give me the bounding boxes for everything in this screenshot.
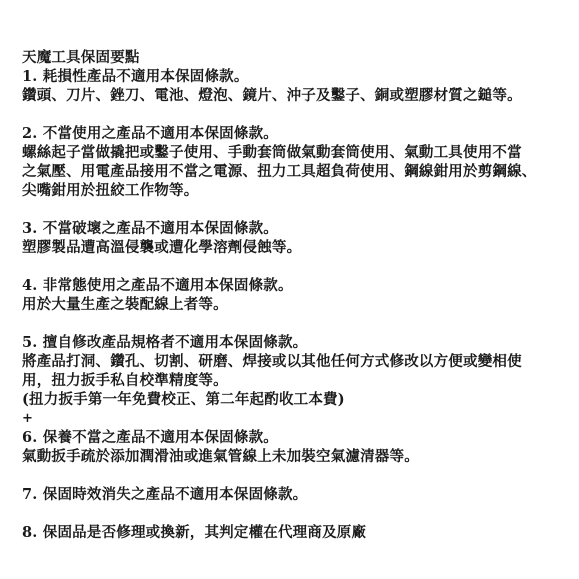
section-3-heading: 3. 不當破壞之產品不適用本保固條款。 [22, 219, 562, 238]
section-6-heading: 6. 保養不當之產品不適用本保固條款。 [22, 428, 562, 447]
spacer [22, 105, 562, 124]
section-5-line-3: (扭力扳手第一年免費校正、第二年起酌收工本費) [22, 390, 562, 409]
spacer [22, 314, 562, 333]
section-2-line-1: 螺絲起子當做撬把或鑿子使用、手動套筒做氣動套筒使用、氣動工具使用不當 [22, 143, 562, 162]
section-2-line-3: 尖嘴鉗用於扭絞工作物等。 [22, 181, 562, 200]
section-3-line-1: 塑膠製品遭高溫侵襲或遭化學溶劑侵蝕等。 [22, 238, 562, 257]
section-6-line-1: 氣動扳手疏於添加潤滑油或進氣管線上未加裝空氣濾清器等。 [22, 447, 562, 466]
spacer [22, 504, 562, 523]
section-5-line-2: 用，扭力扳手私自校準精度等。 [22, 371, 562, 390]
section-5-heading: 5. 擅自修改產品規格者不適用本保固條款。 [22, 333, 562, 352]
plus-marker: + [22, 409, 562, 428]
warranty-document: 天魔工具保固要點 1. 耗損性產品不適用本保固條款。 鑽頭、刀片、銼刀、電池、燈… [22, 48, 562, 542]
section-1-line-1: 鑽頭、刀片、銼刀、電池、燈泡、鏡片、沖子及鑿子、銅或塑膠材質之鎚等。 [22, 86, 562, 105]
document-title: 天魔工具保固要點 [22, 48, 562, 67]
spacer [22, 257, 562, 276]
section-1-heading: 1. 耗損性產品不適用本保固條款。 [22, 67, 562, 86]
section-8-heading: 8. 保固品是否修理或換新，其判定權在代理商及原廠 [22, 523, 562, 542]
section-7-heading: 7. 保固時效消失之產品不適用本保固條款。 [22, 485, 562, 504]
section-5-line-1: 將產品打洞、鑽孔、切割、研磨、焊接或以其他任何方式修改以方便或變相使 [22, 352, 562, 371]
spacer [22, 466, 562, 485]
section-4-heading: 4. 非常態使用之產品不適用本保固條款。 [22, 276, 562, 295]
spacer [22, 200, 562, 219]
section-2-line-2: 之氣壓、用電產品接用不當之電源、扭力工具超負荷使用、鋼線鉗用於剪鋼線、 [22, 162, 562, 181]
section-2-heading: 2. 不當使用之產品不適用本保固條款。 [22, 124, 562, 143]
section-4-line-1: 用於大量生產之裝配線上者等。 [22, 295, 562, 314]
